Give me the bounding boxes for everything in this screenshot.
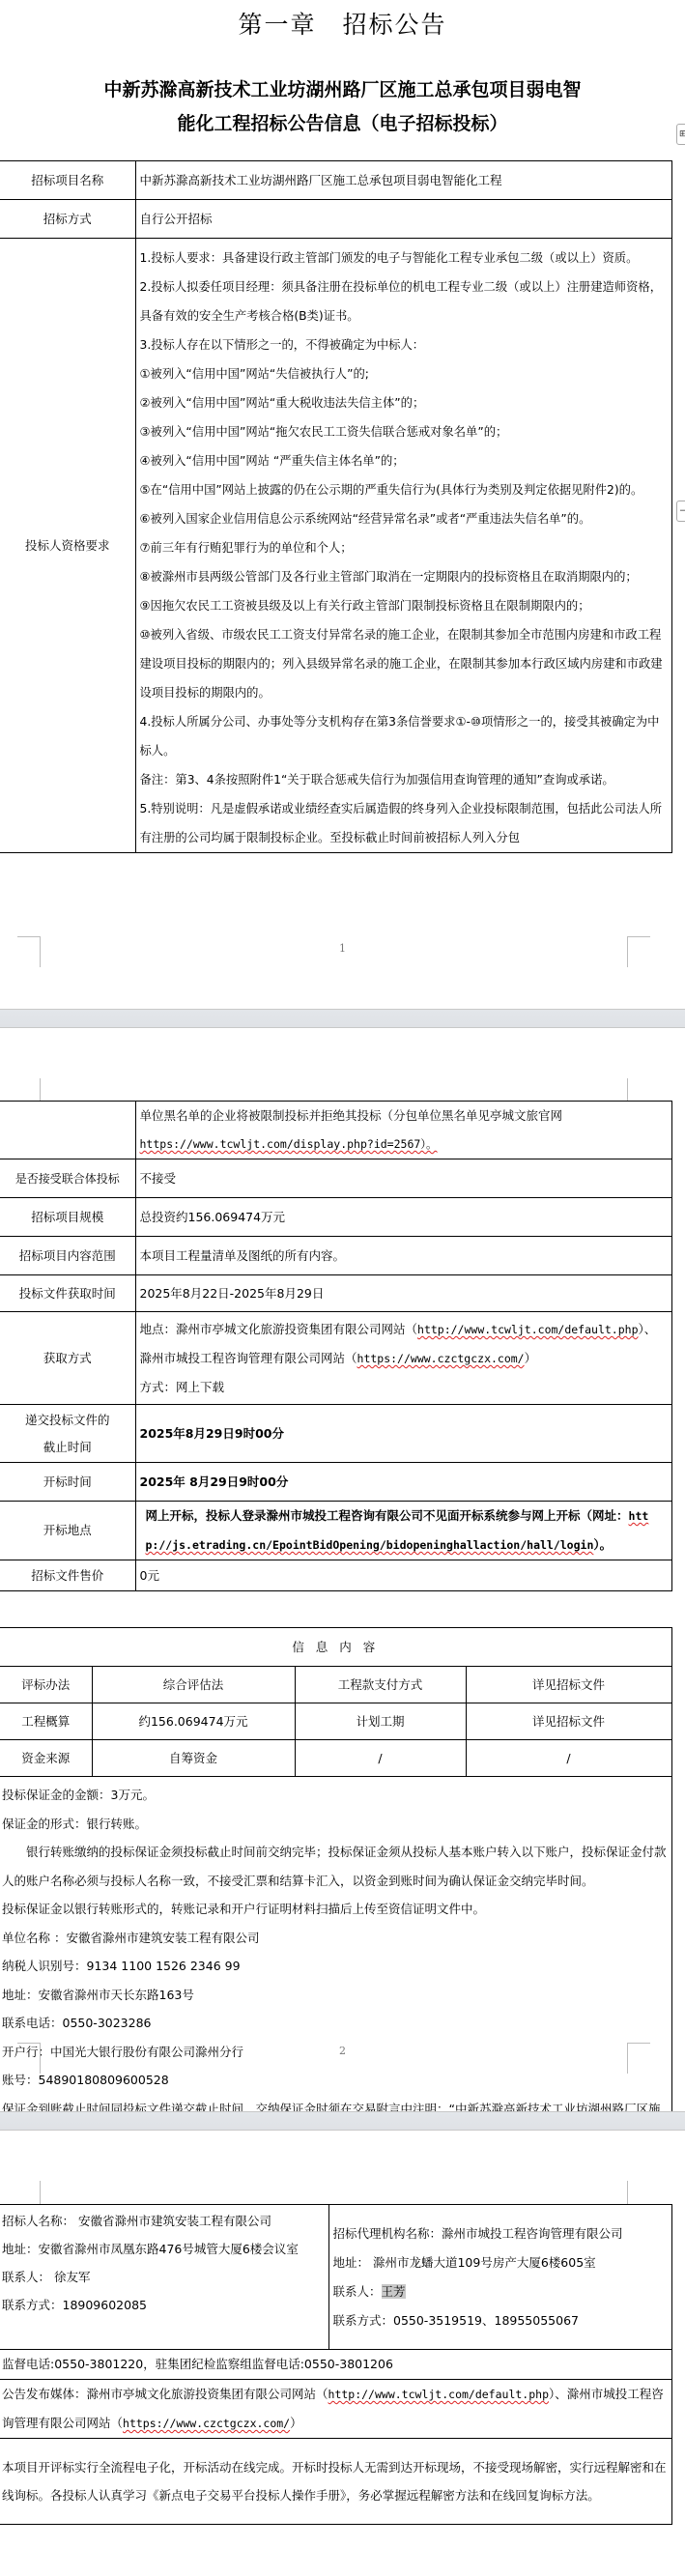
- table-row-deadline: 递交投标文件的 截止时间 2025年8月29日9时00分: [0, 1405, 671, 1463]
- table-row: 招标项目名称 中新苏滁高新技术工业坊湖州路厂区施工总承包项目弱电智能化工程: [0, 161, 671, 200]
- agency-address: 地址： 滁州市龙蟠大道109号房产大厦6楼605室: [333, 2248, 668, 2277]
- info-cell: 自筹资金: [92, 1740, 295, 1777]
- table-row: 招标项目规模 总投资约156.069474万元: [0, 1198, 671, 1237]
- requirement-line: 4.投标人所属分公司、办事处等分支机构存在第3条信誉要求①-⑩项情形之一的，接受…: [140, 707, 668, 765]
- deposit-row: 投标保证金的金额：3万元。 保证金的形式：银行转账。 银行转账缴纳的投标保证金须…: [0, 1777, 671, 2153]
- opening-place-text: 网上开标，投标人登录滁州市城投工程咨询有限公司不见面开标系统参与网上开标（网址：: [146, 1508, 629, 1523]
- row-label: 招标文件售价: [0, 1560, 135, 1591]
- row-label: 是否接受联合体投标: [0, 1159, 135, 1198]
- electronic-note-row: 本项目开评标实行全流程电子化，开标活动在线完成。开标时投标人无需到达开标现场，不…: [0, 2439, 671, 2525]
- label-line: 截止时间: [2, 1434, 133, 1461]
- table-row-price: 招标文件售价 0元: [0, 1560, 671, 1591]
- requirement-line: 备注：第3、4条按照附件1“关于联合惩戒失信行为加强信用查询管理的通知”查询或承…: [140, 765, 668, 794]
- page-number: 2: [0, 2045, 685, 2057]
- table-row-qualification: 投标人资格要求 1.投标人要求：具备建设行政主管部门颁发的电子与智能化工程专业承…: [0, 239, 671, 853]
- table-row: 招标项目内容范围 本项目工程量清单及图纸的所有内容。: [0, 1237, 671, 1275]
- deadline-value: 2025年8月29日9时00分: [135, 1405, 671, 1463]
- supervision-phones: 监督电话:0550-3801220，驻集团纪检监察组监督电话:0550-3801…: [0, 2350, 671, 2380]
- row-label: 招标项目规模: [0, 1198, 135, 1237]
- tenderer-name: 招标人名称： 安徽省滁州市建筑安装工程有限公司: [2, 2207, 327, 2235]
- row-value: 总投资约156.069474万元: [135, 1198, 671, 1237]
- page-corner-mark: [627, 2181, 650, 2204]
- tcwljt-link[interactable]: http://www.tcwljt.com/default.php: [417, 1323, 638, 1336]
- opening-place-text: ）。: [593, 1537, 612, 1552]
- info-cell: 综合评估法: [92, 1667, 295, 1703]
- deposit-account: 账号：54890180809600528: [2, 2066, 670, 2095]
- row-label: 投标人资格要求: [0, 239, 135, 853]
- table-row-continuation: 单位黑名单的企业将被限制投标并拒绝其投标（分包单位黑名单见亭城文旅官网 http…: [0, 1102, 671, 1159]
- page-corner-mark: [17, 2181, 41, 2204]
- requirement-line: ②被列入“信用中国”网站“重大税收违法失信主体”的；: [140, 388, 668, 417]
- contact-label: 联系人：: [333, 2284, 382, 2299]
- row-label: 投标文件获取时间: [0, 1275, 135, 1312]
- deposit-unit-name: 单位名称 ：安徽省滁州市建筑安装工程有限公司: [2, 1924, 670, 1953]
- agency-contact: 联系人：王芳: [333, 2277, 668, 2306]
- deposit-amount: 投标保证金的金额：3万元。: [2, 1781, 670, 1810]
- page-1: 第一章 招标公告 中新苏滁高新技术工业坊湖州路厂区施工总承包项目弱电智 能化工程…: [0, 0, 685, 1009]
- page-2: 单位黑名单的企业将被限制投标并拒绝其投标（分包单位黑名单见亭城文旅官网 http…: [0, 1028, 685, 2114]
- requirement-line: ⑥被列入国家企业信用信息公示系统网站“经营异常名录”或者“严重违法失信名单”的。: [140, 504, 668, 533]
- contact-row: 招标人名称： 安徽省滁州市建筑安装工程有限公司 地址：安徽省滁州市凤凰东路476…: [0, 2205, 671, 2350]
- requirement-line: ⑤在“信用中国”网站上披露的仍在公示期的严重失信行为(具体行为类别及判定依据见附…: [140, 475, 668, 504]
- opening-place-value: 网上开标，投标人登录滁州市城投工程咨询有限公司不见面开标系统参与网上开标（网址：…: [135, 1502, 671, 1560]
- requirement-line: ⑩被列入省级、市级农民工工资支付异常名录的施工企业，在限制其参加全市范围内房建和…: [140, 620, 668, 707]
- info-cell: 资金来源: [0, 1740, 92, 1777]
- deposit-transfer-note: 银行转账缴纳的投标保证金须投标截止时间前交纳完毕；投标保证金须从投标人基本账户转…: [2, 1838, 670, 1895]
- publish-media: 公告发布媒体：滁州市亭城文化旅游投资集团有限公司网站（http://www.tc…: [0, 2380, 671, 2439]
- row-label-empty: [0, 1102, 135, 1159]
- tenderer-phone: 联系方式：18909602085: [2, 2291, 327, 2319]
- chapter-title: 第一章 招标公告: [0, 6, 685, 41]
- info-cell: 详见招标文件: [466, 1667, 671, 1703]
- page-number: 1: [0, 942, 685, 955]
- page-corner-mark: [627, 1078, 650, 1102]
- opening-time-value: 2025年 8月29日9时00分: [135, 1463, 671, 1502]
- continuation-text: 单位黑名单的企业将被限制投标并拒绝其投标（分包单位黑名单见亭城文旅官网 http…: [135, 1102, 671, 1159]
- side-panel-collapse-button[interactable]: −: [676, 501, 685, 522]
- contact-table: 招标人名称： 安徽省滁州市建筑安装工程有限公司 地址：安徽省滁州市凤凰东路476…: [0, 2204, 672, 2525]
- info-cell: 详见招标文件: [466, 1703, 671, 1740]
- row-value: 不接受: [135, 1159, 671, 1198]
- row-label: 招标方式: [0, 200, 135, 239]
- row-label: 递交投标文件的 截止时间: [0, 1405, 135, 1463]
- table-row: 投标文件获取时间 2025年8月22日-2025年8月29日: [0, 1275, 671, 1312]
- requirement-line: ⑦前三年有行贿犯罪行为的单位和个人；: [140, 533, 668, 562]
- info-row: 评标办法 综合评估法 工程款支付方式 详见招标文件: [0, 1667, 671, 1703]
- tenderer-info: 招标人名称： 安徽省滁州市建筑安装工程有限公司 地址：安徽省滁州市凤凰东路476…: [0, 2205, 328, 2350]
- page-separator: [0, 1009, 685, 1028]
- row-label: 开标时间: [0, 1463, 135, 1502]
- requirement-line: 2.投标人拟委任项目经理：须具备注册在投标单位的机电工程专业二级（或以上）注册建…: [140, 272, 668, 330]
- row-label: 招标项目内容范围: [0, 1237, 135, 1275]
- tenderer-contact: 联系人： 徐友军: [2, 2263, 327, 2291]
- subtitle-line-2: 能化工程招标公告信息（电子招标投标）: [0, 107, 685, 141]
- page-separator: [0, 2111, 685, 2131]
- row-label: 招标项目名称: [0, 161, 135, 200]
- tender-info-table-page2: 单位黑名单的企业将被限制投标并拒绝其投标（分包单位黑名单见亭城文旅官网 http…: [0, 1101, 672, 1591]
- info-header-row: 信 息 内 容: [0, 1628, 671, 1667]
- blacklist-link[interactable]: https://www.tcwljt.com/display.php?id=25…: [140, 1137, 438, 1151]
- requirement-line: 5.特别说明：凡是虚假承诺或业绩经查实后属造假的终身列入企业投标限制范围，包括此…: [140, 794, 668, 852]
- requirement-line: ⑧被滁州市县两级公管部门及各行业主管部门取消在一定期限内的投标资格且在取消期限内…: [140, 562, 668, 591]
- requirement-line: 1.投标人要求：具备建设行政主管部门颁发的电子与智能化工程专业承包二级（或以上）…: [140, 243, 668, 272]
- info-cell: /: [295, 1740, 466, 1777]
- table-row: 招标方式 自行公开招标: [0, 200, 671, 239]
- requirement-line: ⑨因拖欠农民工工资被县级及以上有关行政主管部门限制投标资格且在限制期限内的；: [140, 591, 668, 620]
- deposit-tax-id: 纳税人识别号：9134 1100 1526 2346 99: [2, 1952, 670, 1981]
- requirement-line: 3.投标人存在以下情形之一的，不得被确定为中标人：: [140, 330, 668, 359]
- row-value: 本项目工程量清单及图纸的所有内容。: [135, 1237, 671, 1275]
- deposit-phone: 联系电话：0550-3023286: [2, 2009, 670, 2038]
- agency-name: 招标代理机构名称：滁州市城投工程咨询管理有限公司: [333, 2219, 668, 2248]
- row-label: 获取方式: [0, 1312, 135, 1405]
- deposit-details: 投标保证金的金额：3万元。 保证金的形式：银行转账。 银行转账缴纳的投标保证金须…: [0, 1777, 671, 2153]
- page-3: 招标人名称： 安徽省滁州市建筑安装工程有限公司 地址：安徽省滁州市凤凰东路476…: [0, 2131, 685, 2576]
- info-cell: 工程款支付方式: [295, 1667, 466, 1703]
- row-value: 中新苏滁高新技术工业坊湖州路厂区施工总承包项目弱电智能化工程: [135, 161, 671, 200]
- requirement-line: ③被列入“信用中国”网站“拖欠农民工工资失信联合惩戒对象名单”的；: [140, 417, 668, 446]
- media-text: ）: [290, 2416, 302, 2430]
- info-cell: 计划工期: [295, 1703, 466, 1740]
- info-cell: 约156.069474万元: [92, 1703, 295, 1740]
- subtitle-line-1: 中新苏滁高新技术工业坊湖州路厂区施工总承包项目弱电智: [0, 73, 685, 107]
- table-row-acquisition: 获取方式 地点：滁州市亭城文化旅游投资集团有限公司网站（http://www.t…: [0, 1312, 671, 1405]
- supervision-row: 监督电话:0550-3801220，驻集团纪检监察组监督电话:0550-3801…: [0, 2350, 671, 2380]
- tenderer-address: 地址：安徽省滁州市凤凰东路476号城管大厦6楼会议室: [2, 2235, 327, 2263]
- deposit-form: 保证金的形式：银行转账。: [2, 1810, 670, 1839]
- location-text: 地点：滁州市亭城文化旅游投资集团有限公司网站（: [140, 1322, 418, 1336]
- acquisition-details: 地点：滁州市亭城文化旅游投资集团有限公司网站（http://www.tcwljt…: [135, 1312, 671, 1405]
- tcwljt-link[interactable]: http://www.tcwljt.com/default.php: [328, 2388, 549, 2401]
- info-cell: 评标办法: [0, 1667, 92, 1703]
- table-row-opening-place: 开标地点 网上开标，投标人登录滁州市城投工程咨询有限公司不见面开标系统参与网上开…: [0, 1502, 671, 1560]
- continuation-line: 单位黑名单的企业将被限制投标并拒绝其投标（分包单位黑名单见亭城文旅官网: [140, 1102, 668, 1130]
- agency-contact-name: 王芳: [382, 2284, 406, 2299]
- deposit-address: 地址：安徽省滁州市天长东路163号: [2, 1981, 670, 2010]
- location-text: ）: [525, 1351, 537, 1365]
- requirement-line: ④被列入“信用中国”网站 “严重失信主体名单”的；: [140, 446, 668, 475]
- side-panel-toggle-button[interactable]: ⊞: [676, 124, 685, 145]
- info-cell: /: [466, 1740, 671, 1777]
- label-line: 递交投标文件的: [2, 1407, 133, 1434]
- info-row: 工程概算 约156.069474万元 计划工期 详见招标文件: [0, 1703, 671, 1740]
- agency-phone: 联系方式：0550-3519519、18955055067: [333, 2306, 668, 2335]
- requirement-line: ①被列入“信用中国”网站“失信被执行人”的;: [140, 359, 668, 388]
- info-content-table: 信 息 内 容 评标办法 综合评估法 工程款支付方式 详见招标文件 工程概算 约…: [0, 1627, 672, 2153]
- agency-info: 招标代理机构名称：滁州市城投工程咨询管理有限公司 地址： 滁州市龙蟠大道109号…: [328, 2205, 671, 2350]
- acquisition-method: 方式：网上下载: [140, 1373, 668, 1401]
- electronic-bidding-note: 本项目开评标实行全流程电子化，开标活动在线完成。开标时投标人无需到达开标现场，不…: [0, 2439, 671, 2525]
- media-text: 公告发布媒体：滁州市亭城文化旅游投资集团有限公司网站（: [2, 2387, 328, 2401]
- page-corner-mark: [17, 1078, 41, 1102]
- document-subtitle: 中新苏滁高新技术工业坊湖州路厂区施工总承包项目弱电智 能化工程招标公告信息（电子…: [0, 73, 685, 141]
- row-value: 自行公开招标: [135, 200, 671, 239]
- info-cell: 工程概算: [0, 1703, 92, 1740]
- qualification-requirements: 1.投标人要求：具备建设行政主管部门颁发的电子与智能化工程专业承包二级（或以上）…: [135, 239, 671, 853]
- media-row: 公告发布媒体：滁州市亭城文化旅游投资集团有限公司网站（http://www.tc…: [0, 2380, 671, 2439]
- info-row: 资金来源 自筹资金 / /: [0, 1740, 671, 1777]
- row-value: 0元: [135, 1560, 671, 1591]
- czctgczx-link[interactable]: https://www.czctgczx.com/: [357, 1352, 525, 1365]
- row-value: 2025年8月22日-2025年8月29日: [135, 1275, 671, 1312]
- deposit-upload-note: 投标保证金以银行转账形式的，转账记录和开户行证明材料扫描后上传至资信证明文件中。: [2, 1895, 670, 1924]
- row-label: 开标地点: [0, 1502, 135, 1560]
- info-header: 信 息 内 容: [0, 1628, 671, 1667]
- table-row: 是否接受联合体投标 不接受: [0, 1159, 671, 1198]
- tender-info-table-page1: 招标项目名称 中新苏滁高新技术工业坊湖州路厂区施工总承包项目弱电智能化工程 招标…: [0, 160, 672, 853]
- table-row-opening-time: 开标时间 2025年 8月29日9时00分: [0, 1463, 671, 1502]
- czctgczx-link[interactable]: https://www.czctgczx.com/: [123, 2417, 290, 2430]
